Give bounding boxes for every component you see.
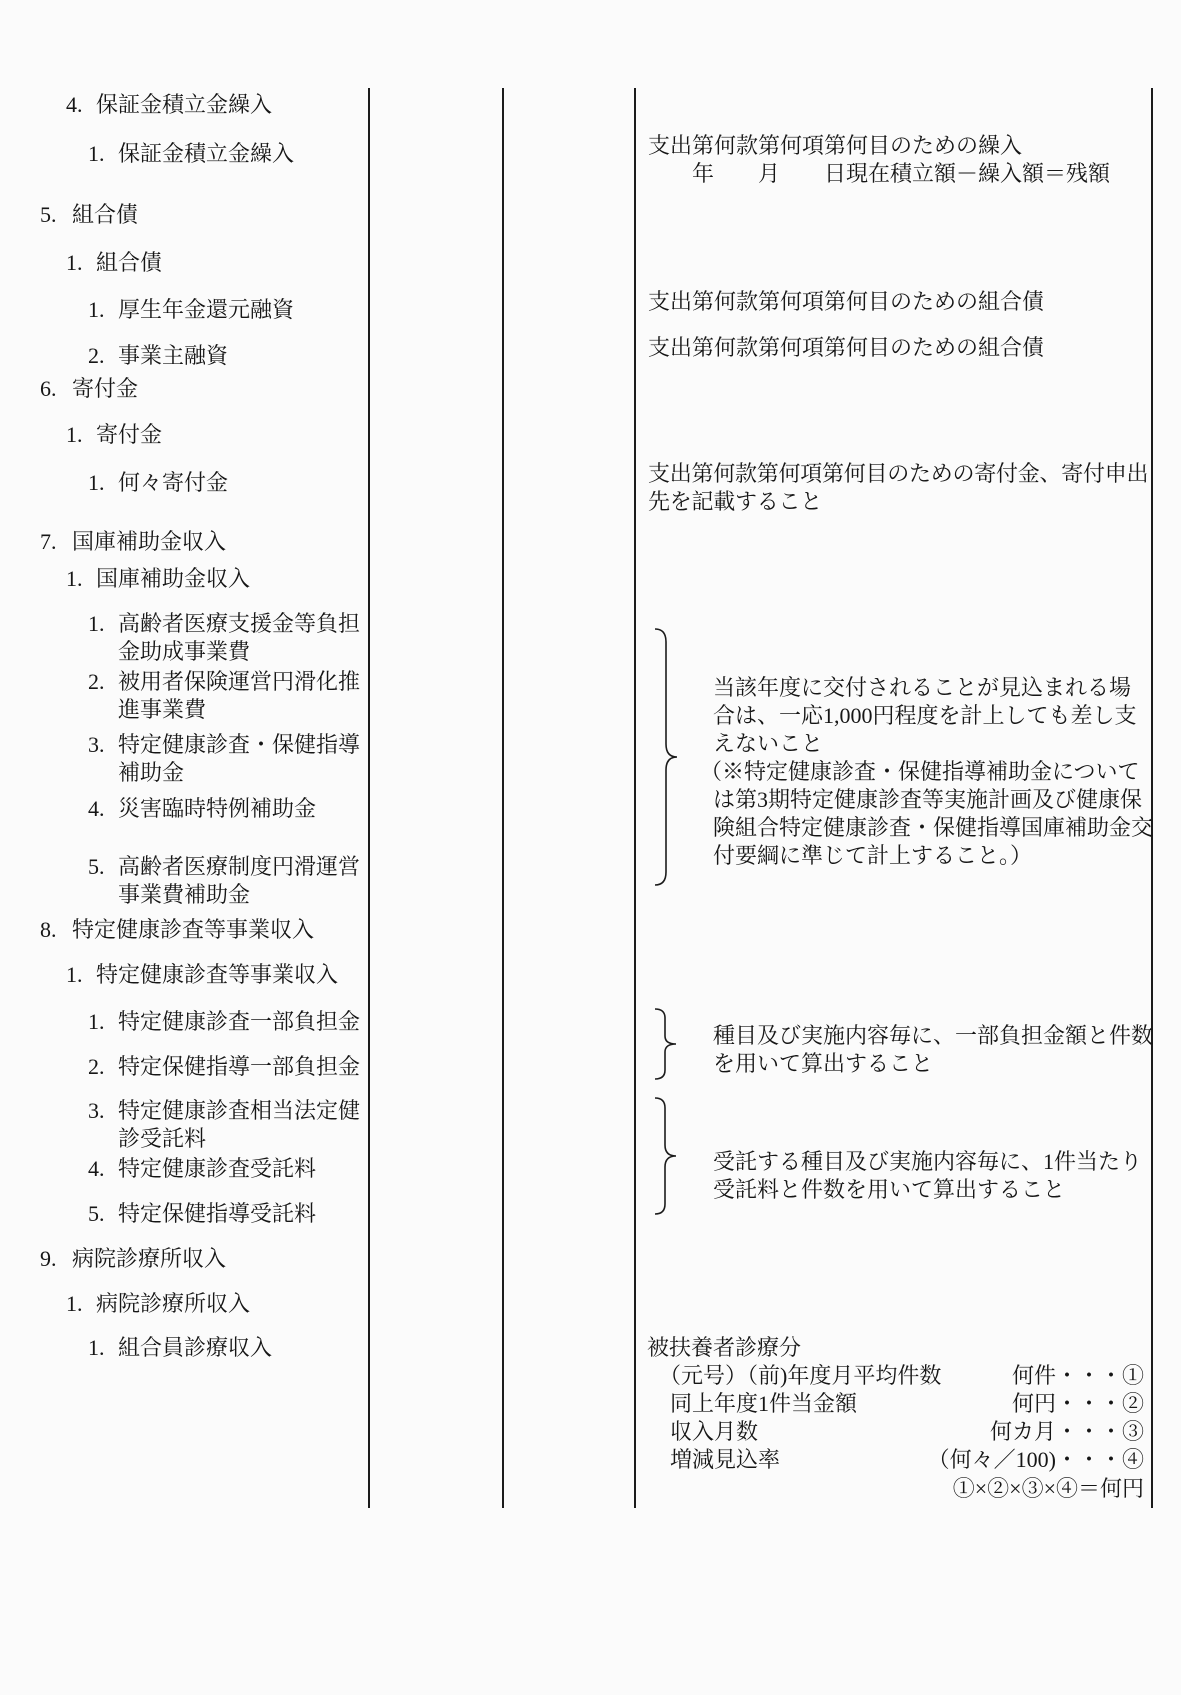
note-donation: 支出第何款第何項第何目のための寄付金、寄付申出 先を記載すること: [648, 460, 1148, 516]
formula-row: 収入月数 何カ月・・・③: [647, 1418, 1144, 1446]
formula-label: 収入月数: [647, 1418, 758, 1446]
item-text: 高齢者医療支援金等負担金助成事業費: [118, 610, 370, 666]
item-number: 1.: [88, 1334, 118, 1362]
note-copay: 種目及び実施内容毎に、一部負担金額と件数 を用いて算出すること: [713, 1022, 1153, 1078]
formula-label: （元号）（前)年度月平均件数: [647, 1362, 941, 1390]
item-text: 国庫補助金収入: [72, 528, 324, 556]
budget-item: 1. 厚生年金還元融資: [88, 296, 370, 324]
formula-total: ①×②×③×④＝何円: [953, 1475, 1144, 1503]
budget-item: 2. 被用者保険運営円滑化推進事業費: [88, 668, 370, 724]
budget-item: 4. 災害臨時特例補助金: [88, 795, 370, 823]
budget-item: 1. 組合債: [66, 249, 348, 277]
item-number: 1.: [88, 610, 118, 666]
item-text: 厚生年金還元融資: [118, 296, 370, 324]
budget-item: 9. 病院診療所収入: [40, 1245, 324, 1273]
budget-item: 1. 特定健康診査一部負担金: [88, 1008, 370, 1036]
item-number: 8.: [40, 916, 72, 944]
item-number: 2.: [88, 668, 118, 724]
budget-item: 4. 特定健康診査受託料: [88, 1155, 370, 1183]
formula-value: 何円・・・②: [1012, 1390, 1144, 1418]
budget-item: 1. 保証金積立金繰入: [88, 140, 370, 168]
item-number: 1.: [66, 565, 96, 593]
formula-row: （元号）（前)年度月平均件数 何件・・・①: [647, 1362, 1144, 1390]
item-text: 組合債: [96, 249, 348, 277]
table-column-divider-3: [634, 88, 636, 1508]
note-carryover: 支出第何款第何項第何目のための繰入 年 月 日現在積立額－繰入額＝残額: [648, 132, 1110, 188]
item-number: 1.: [88, 140, 118, 168]
item-text: 特定保健指導一部負担金: [118, 1053, 370, 1081]
budget-item: 2. 事業主融資: [88, 342, 370, 370]
table-column-divider-2: [502, 88, 504, 1508]
item-text: 組合員診療収入: [118, 1334, 370, 1362]
budget-item: 1. 国庫補助金収入: [66, 565, 348, 593]
item-number: 5.: [88, 853, 118, 909]
budget-item: 1. 寄付金: [66, 421, 348, 449]
note-subsidy-detail: （※特定健康診査・保健指導補助金について は第3期特定健康診査等実施計画及び健康…: [713, 758, 1153, 870]
formula-total-row: ①×②×③×④＝何円: [647, 1475, 1144, 1503]
item-text: 病院診療所収入: [72, 1245, 324, 1273]
item-number: 2.: [88, 342, 118, 370]
budget-item: 1. 特定健康診査等事業収入: [66, 961, 348, 989]
item-number: 1.: [66, 1290, 96, 1318]
item-text: 事業主融資: [118, 342, 370, 370]
budget-item: 8. 特定健康診査等事業収入: [40, 916, 324, 944]
item-number: 1.: [88, 1008, 118, 1036]
formula-label: 増減見込率: [647, 1446, 780, 1474]
group-brace-icon: [648, 1006, 682, 1082]
item-text: 高齢者医療制度円滑運営事業費補助金: [118, 853, 370, 909]
item-text: 被用者保険運営円滑化推進事業費: [118, 668, 370, 724]
item-number: 1.: [66, 961, 96, 989]
formula-value: （何々／100)・・・④: [928, 1446, 1144, 1474]
budget-item: 2. 特定保健指導一部負担金: [88, 1053, 370, 1081]
item-number: 9.: [40, 1245, 72, 1273]
budget-item: 7. 国庫補助金収入: [40, 528, 324, 556]
item-text: 特定健康診査一部負担金: [118, 1008, 370, 1036]
item-text: 特定保健指導受託料: [118, 1200, 370, 1228]
item-text: 何々寄付金: [118, 469, 370, 497]
item-number: 1.: [66, 249, 96, 277]
item-text: 寄付金: [72, 375, 324, 403]
note-bond-1: 支出第何款第何項第何目のための組合債: [648, 288, 1044, 316]
item-text: 病院診療所収入: [96, 1290, 348, 1318]
item-text: 特定健康診査・保健指導補助金: [118, 731, 370, 787]
formula-row: 増減見込率 （何々／100)・・・④: [647, 1446, 1144, 1474]
budget-item: 5. 特定保健指導受託料: [88, 1200, 370, 1228]
budget-item: 1. 病院診療所収入: [66, 1290, 348, 1318]
item-text: 保証金積立金繰入: [96, 91, 348, 119]
item-number: 6.: [40, 375, 72, 403]
item-number: 4.: [66, 91, 96, 119]
formula-heading: 被扶養者診療分: [647, 1334, 801, 1362]
note-bond-2: 支出第何款第何項第何目のための組合債: [648, 334, 1044, 362]
formula-label: 同上年度1件当金額: [647, 1390, 857, 1418]
item-text: 災害臨時特例補助金: [118, 795, 370, 823]
formula-row: 同上年度1件当金額 何円・・・②: [647, 1390, 1144, 1418]
item-number: 3.: [88, 1097, 118, 1153]
budget-item: 3. 特定健康診査・保健指導補助金: [88, 731, 370, 787]
item-text: 組合債: [72, 201, 324, 229]
item-number: 1.: [88, 296, 118, 324]
item-text: 特定健康診査等事業収入: [72, 916, 324, 944]
budget-item: 5. 高齢者医療制度円滑運営事業費補助金: [88, 853, 370, 909]
item-number: 1.: [66, 421, 96, 449]
budget-item: 3. 特定健康診査相当法定健診受託料: [88, 1097, 370, 1153]
budget-item: 1. 何々寄付金: [88, 469, 370, 497]
note-commission: 受託する種目及び実施内容毎に、1件当たり 受託料と件数を用いて算出すること: [713, 1148, 1142, 1204]
item-number: 3.: [88, 731, 118, 787]
budget-item: 4. 保証金積立金繰入: [66, 91, 348, 119]
item-text: 保証金積立金繰入: [118, 140, 370, 168]
formula-value: 何カ月・・・③: [990, 1418, 1144, 1446]
item-number: 7.: [40, 528, 72, 556]
note-subsidy-main: 当該年度に交付されることが見込まれる場 合は、一応1,000円程度を計上しても差…: [713, 674, 1137, 758]
budget-document-page: 4. 保証金積立金繰入 1. 保証金積立金繰入 5. 組合債 1. 組合債 1.…: [0, 0, 1181, 1695]
item-text: 国庫補助金収入: [96, 565, 348, 593]
budget-item: 6. 寄付金: [40, 375, 324, 403]
group-brace-icon: [648, 626, 682, 888]
item-text: 特定健康診査相当法定健診受託料: [118, 1097, 370, 1153]
item-number: 4.: [88, 795, 118, 823]
item-text: 特定健康診査受託料: [118, 1155, 370, 1183]
item-text: 寄付金: [96, 421, 348, 449]
group-brace-icon: [648, 1095, 682, 1217]
item-number: 5.: [88, 1200, 118, 1228]
budget-item: 1. 組合員診療収入: [88, 1334, 370, 1362]
item-number: 2.: [88, 1053, 118, 1081]
item-number: 4.: [88, 1155, 118, 1183]
item-number: 1.: [88, 469, 118, 497]
item-text: 特定健康診査等事業収入: [96, 961, 348, 989]
formula-value: 何件・・・①: [1012, 1362, 1144, 1390]
budget-item: 5. 組合債: [40, 201, 324, 229]
budget-item: 1. 高齢者医療支援金等負担金助成事業費: [88, 610, 370, 666]
item-number: 5.: [40, 201, 72, 229]
